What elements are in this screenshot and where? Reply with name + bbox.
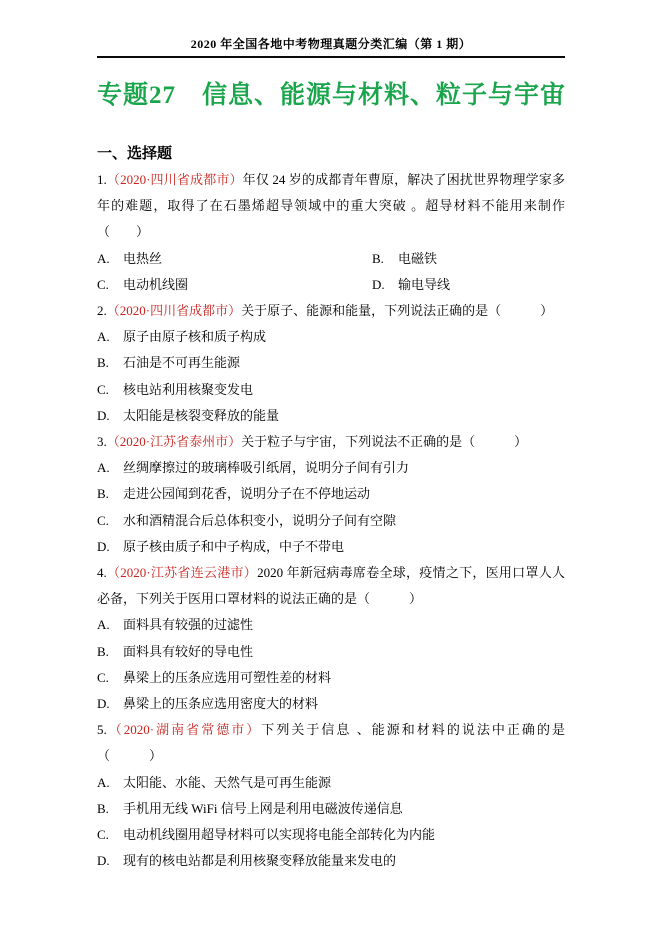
option-text: 电热丝 — [123, 251, 162, 266]
option-label: C. — [97, 377, 123, 403]
option-label: C. — [97, 822, 123, 848]
option-label: A. — [97, 324, 123, 350]
option-text: 输电导线 — [398, 277, 450, 292]
answer-bracket: （ ） — [462, 434, 527, 449]
option-item: C.鼻梁上的压条应选用可塑性差的材料 — [97, 665, 565, 691]
option-label: B. — [97, 350, 123, 376]
question-text: 关于原子、能源和能量，下列说法正确的是 — [241, 303, 488, 318]
option-text: 核电站利用核聚变发电 — [123, 382, 253, 397]
answer-bracket: （ ） — [357, 591, 422, 606]
option-text: 水和酒精混合后总体积变小，说明分子间有空隙 — [123, 513, 396, 528]
question: 5.（2020·湖南省常德市）下列关于信息 、能源和材料的说法中正确的是（ ）A… — [97, 717, 565, 874]
question-stem: 3.（2020·江苏省泰州市）关于粒子与宇宙，下列说法不正确的是（ ） — [97, 429, 565, 455]
option-item: D.太阳能是核裂变释放的能量 — [97, 403, 565, 429]
question-number: 5. — [97, 722, 107, 737]
option-item: B.电磁铁 — [372, 246, 565, 272]
question-stem: 2.（2020·四川省成都市）关于原子、能源和能量，下列说法正确的是（ ） — [97, 298, 565, 324]
option-item: A.太阳能、水能、天然气是可再生能源 — [97, 770, 565, 796]
option-label: A. — [97, 770, 123, 796]
option-text: 现有的核电站都是利用核聚变释放能量来发电的 — [123, 853, 396, 868]
option-label: C. — [97, 272, 123, 298]
option-label: D. — [97, 848, 123, 874]
option-label: D. — [97, 691, 123, 717]
option-text: 石油是不可再生能源 — [123, 355, 240, 370]
option-item: C.电动机线圈 — [97, 272, 372, 298]
option-text: 太阳能、水能、天然气是可再生能源 — [123, 775, 331, 790]
header-rule — [97, 56, 565, 58]
option-item: C.水和酒精混合后总体积变小，说明分子间有空隙 — [97, 508, 565, 534]
option-label: A. — [97, 246, 123, 272]
option-text: 面料具有较强的过滤性 — [123, 617, 253, 632]
question-number: 2. — [97, 303, 107, 318]
options-group: A.面料具有较强的过滤性B.面料具有较好的导电性C.鼻梁上的压条应选用可塑性差的… — [97, 612, 565, 717]
question: 2.（2020·四川省成都市）关于原子、能源和能量，下列说法正确的是（ ）A.原… — [97, 298, 565, 429]
option-item: B.石油是不可再生能源 — [97, 350, 565, 376]
option-label: D. — [372, 272, 398, 298]
question-stem: 5.（2020·湖南省常德市）下列关于信息 、能源和材料的说法中正确的是（ ） — [97, 717, 565, 769]
question-text: 关于粒子与宇宙，下列说法不正确的是 — [241, 434, 462, 449]
question: 1.（2020·四川省成都市）年仅 24 岁的成都青年曹原，解决了困扰世界物理学… — [97, 167, 565, 298]
option-text: 电动机线圈用超导材料可以实现将电能全部转化为内能 — [123, 827, 435, 842]
option-text: 原子核由质子和中子构成，中子不带电 — [123, 539, 344, 554]
answer-bracket: （ ） — [488, 303, 553, 318]
option-label: B. — [97, 481, 123, 507]
question-number: 1. — [97, 172, 107, 187]
option-item: A.丝绸摩擦过的玻璃棒吸引纸屑，说明分子间有引力 — [97, 455, 565, 481]
option-text: 丝绸摩擦过的玻璃棒吸引纸屑，说明分子间有引力 — [123, 460, 409, 475]
question-source: （2020·四川省成都市） — [107, 172, 243, 187]
question: 3.（2020·江苏省泰州市）关于粒子与宇宙，下列说法不正确的是（ ）A.丝绸摩… — [97, 429, 565, 560]
option-item: A.电热丝 — [97, 246, 372, 272]
option-item: C.核电站利用核聚变发电 — [97, 377, 565, 403]
option-text: 鼻梁上的压条应选用密度大的材料 — [123, 696, 318, 711]
option-item: B.面料具有较好的导电性 — [97, 639, 565, 665]
option-label: C. — [97, 665, 123, 691]
option-label: B. — [97, 796, 123, 822]
options-group: A.太阳能、水能、天然气是可再生能源B.手机用无线 WiFi 信号上网是利用电磁… — [97, 770, 565, 875]
question-source: （2020·江苏省泰州市） — [107, 434, 241, 449]
question-stem: 1.（2020·四川省成都市）年仅 24 岁的成都青年曹原，解决了困扰世界物理学… — [97, 167, 565, 246]
options-group: A.电热丝B.电磁铁C.电动机线圈D.输电导线 — [97, 246, 565, 298]
option-item: A.原子由原子核和质子构成 — [97, 324, 565, 350]
options-group: A.丝绸摩擦过的玻璃棒吸引纸屑，说明分子间有引力B.走进公园闻到花香，说明分子在… — [97, 455, 565, 560]
option-item: B.手机用无线 WiFi 信号上网是利用电磁波传递信息 — [97, 796, 565, 822]
section-heading: 一、选择题 — [97, 141, 565, 167]
question: 4.（2020·江苏省连云港市）2020 年新冠病毒席卷全球，疫情之下，医用口罩… — [97, 560, 565, 717]
option-item: C.电动机线圈用超导材料可以实现将电能全部转化为内能 — [97, 822, 565, 848]
option-label: D. — [97, 403, 123, 429]
question-source: （2020·湖南省常德市） — [107, 722, 262, 737]
option-label: D. — [97, 534, 123, 560]
question-stem: 4.（2020·江苏省连云港市）2020 年新冠病毒席卷全球，疫情之下，医用口罩… — [97, 560, 565, 612]
option-item: D.原子核由质子和中子构成，中子不带电 — [97, 534, 565, 560]
question-text: 下列关于信息 、能源和材料的说法中正确的是 — [261, 722, 565, 737]
options-group: A.原子由原子核和质子构成B.石油是不可再生能源C.核电站利用核聚变发电D.太阳… — [97, 324, 565, 429]
option-label: B. — [372, 246, 398, 272]
option-label: B. — [97, 639, 123, 665]
option-item: D.鼻梁上的压条应选用密度大的材料 — [97, 691, 565, 717]
document-title: 专题27 信息、能源与材料、粒子与宇宙 — [97, 79, 565, 112]
option-text: 原子由原子核和质子构成 — [123, 329, 266, 344]
option-item: A.面料具有较强的过滤性 — [97, 612, 565, 638]
option-text: 电动机线圈 — [123, 277, 188, 292]
option-item: B.走进公园闻到花香，说明分子在不停地运动 — [97, 481, 565, 507]
option-label: A. — [97, 455, 123, 481]
option-text: 面料具有较好的导电性 — [123, 644, 253, 659]
question-source: （2020·四川省成都市） — [107, 303, 241, 318]
option-label: A. — [97, 612, 123, 638]
option-label: C. — [97, 508, 123, 534]
option-text: 电磁铁 — [398, 251, 437, 266]
option-text: 走进公园闻到花香，说明分子在不停地运动 — [123, 486, 370, 501]
question-source: （2020·江苏省连云港市） — [107, 565, 257, 580]
option-item: D.现有的核电站都是利用核聚变释放能量来发电的 — [97, 848, 565, 874]
document-page: 2020 年全国各地中考物理真题分类汇编（第 1 期） 专题27 信息、能源与材… — [0, 0, 661, 935]
option-text: 太阳能是核裂变释放的能量 — [123, 408, 279, 423]
question-list: 1.（2020·四川省成都市）年仅 24 岁的成都青年曹原，解决了困扰世界物理学… — [97, 167, 565, 874]
question-number: 4. — [97, 565, 107, 580]
answer-bracket: （ ） — [97, 748, 162, 763]
option-text: 手机用无线 WiFi 信号上网是利用电磁波传递信息 — [123, 801, 403, 816]
answer-bracket: （ ） — [97, 224, 149, 239]
question-number: 3. — [97, 434, 107, 449]
document-header: 2020 年全国各地中考物理真题分类汇编（第 1 期） — [97, 37, 565, 51]
option-text: 鼻梁上的压条应选用可塑性差的材料 — [123, 670, 331, 685]
option-item: D.输电导线 — [372, 272, 565, 298]
